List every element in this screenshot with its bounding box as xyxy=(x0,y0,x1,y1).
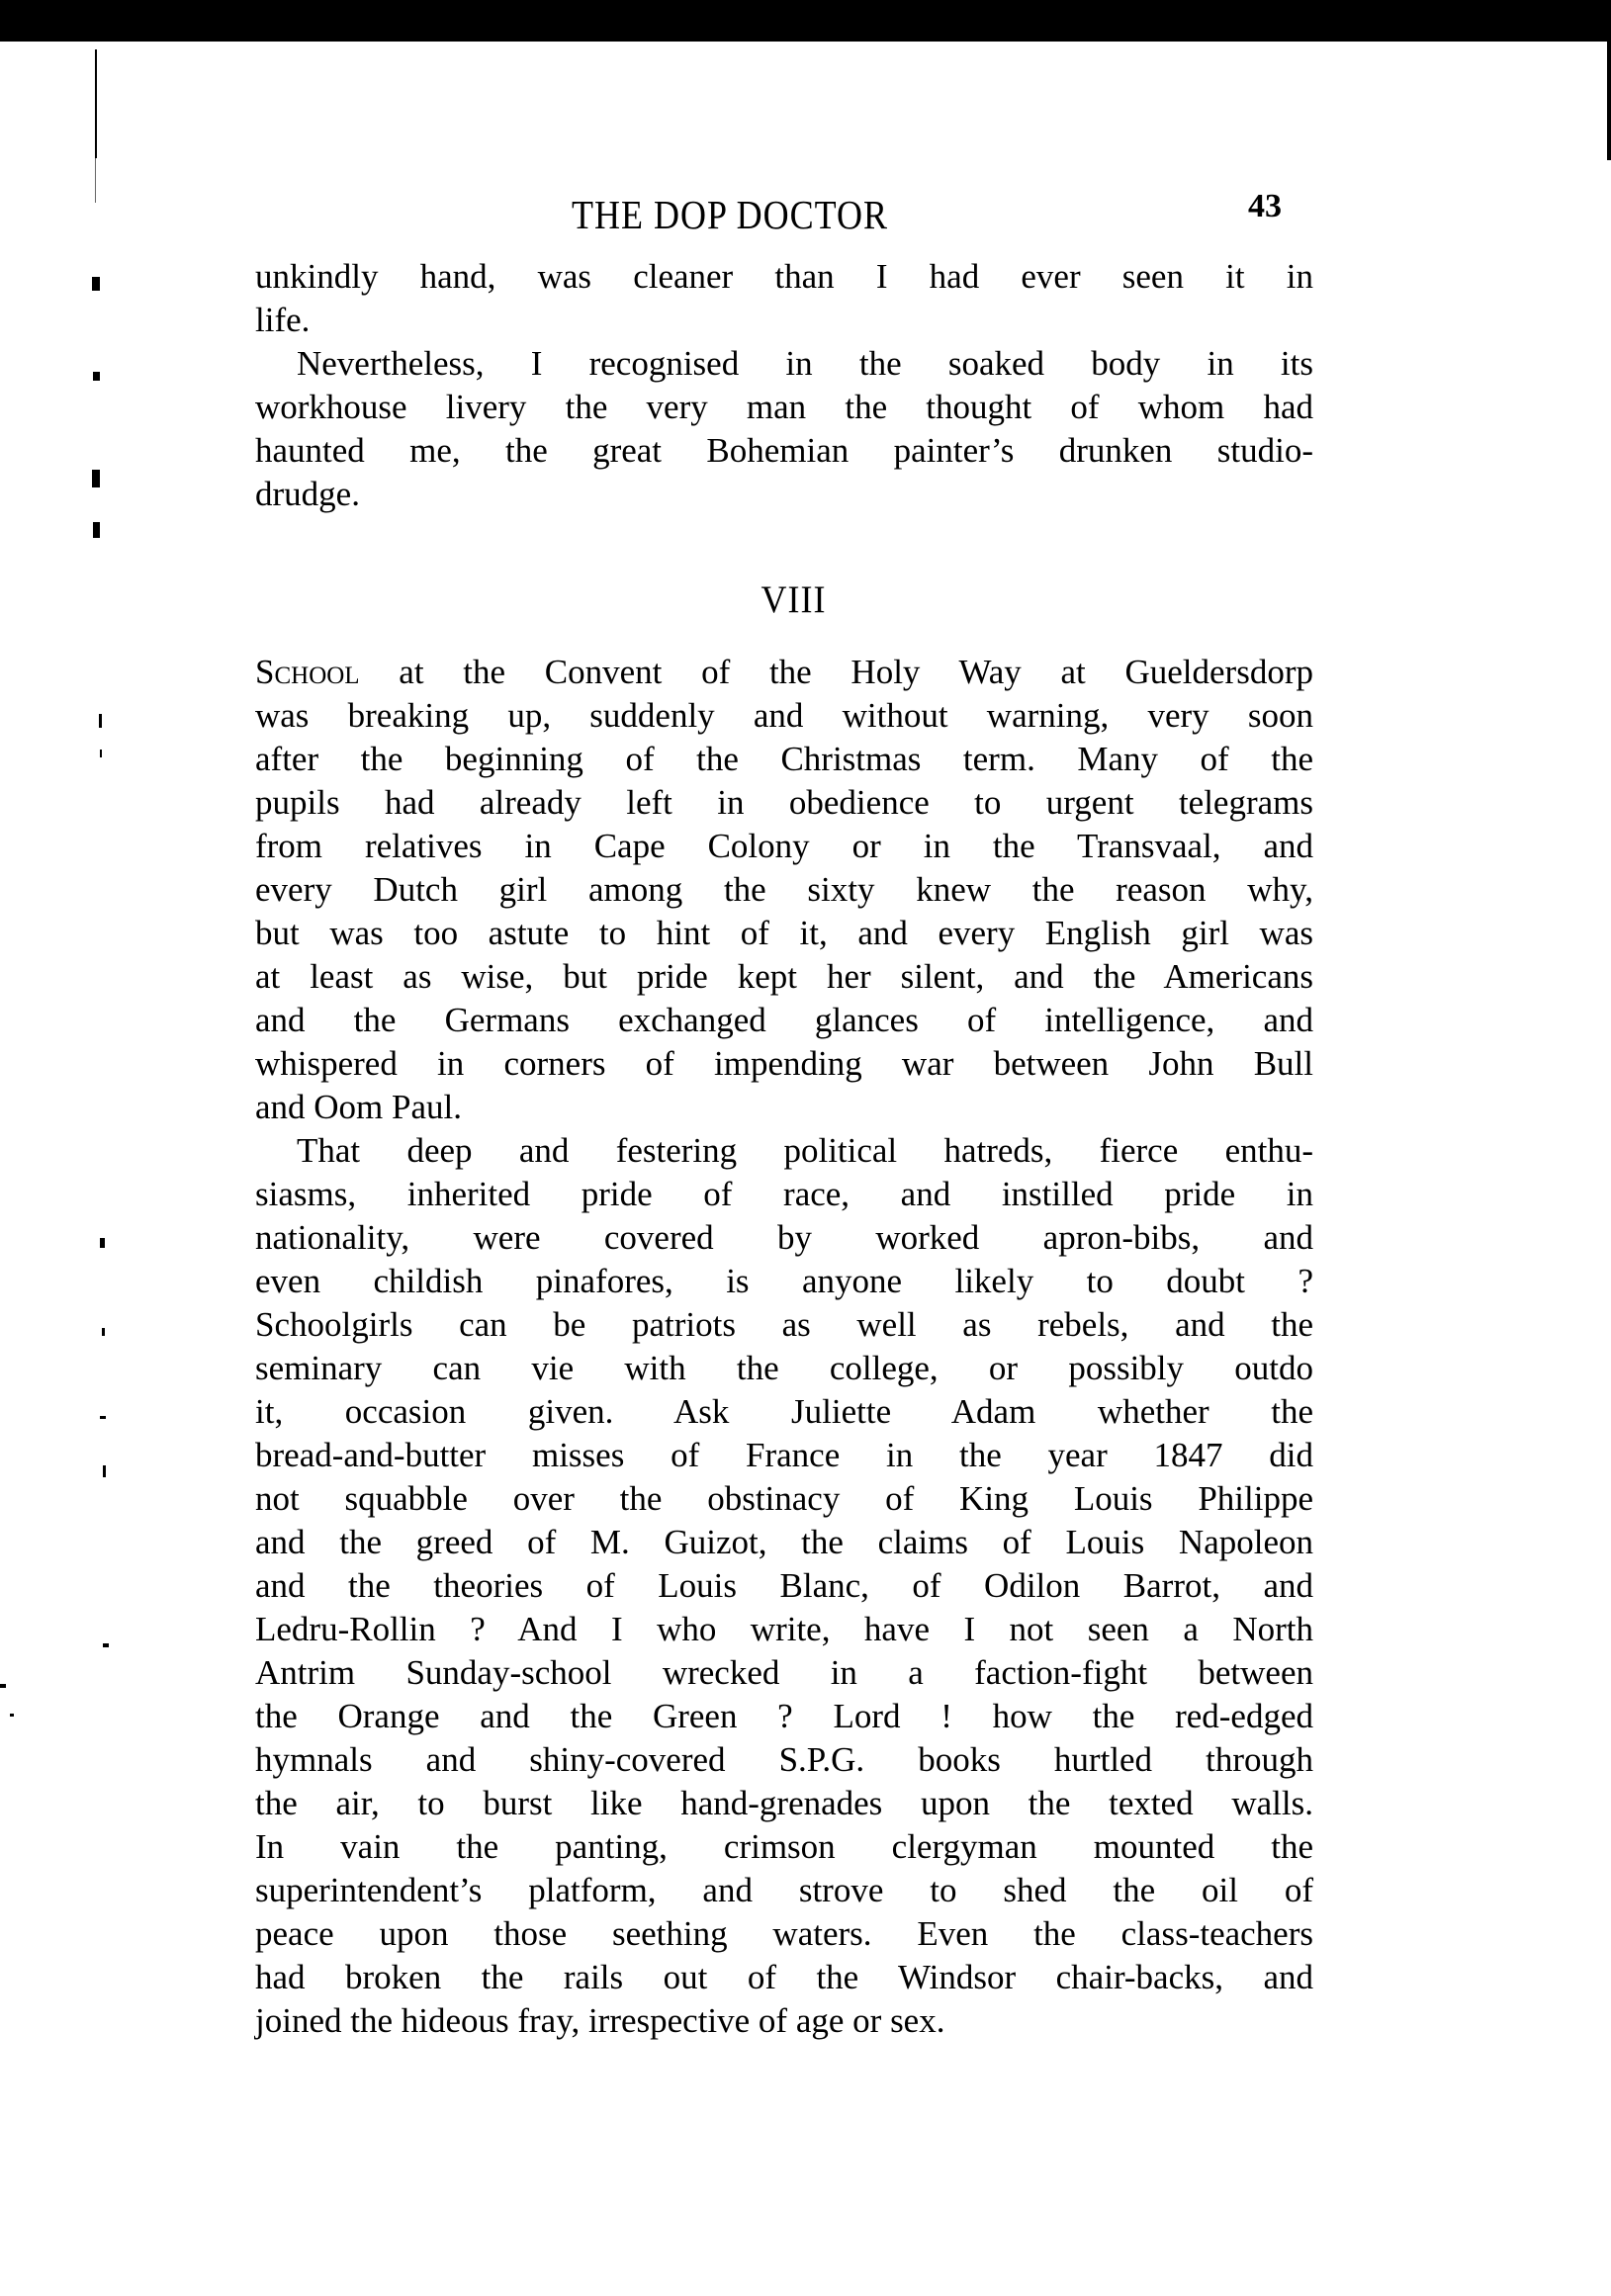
text-line: and the Germans exchanged glances of int… xyxy=(255,999,1313,1042)
text-line: but was too astute to hint of it, and ev… xyxy=(255,912,1313,955)
text-line: bread-and-butter misses of France in the… xyxy=(255,1434,1313,1477)
text-line: nationality, were covered by worked apro… xyxy=(255,1216,1313,1260)
text-line: hymnals and shiny-covered S.P.G. books h… xyxy=(255,1738,1313,1782)
opening-smallcaps-word: School xyxy=(255,653,360,691)
scan-speck xyxy=(10,1714,14,1717)
text-line: haunted me, the great Bohemian painter’s… xyxy=(255,429,1313,473)
text-line: and the theories of Louis Blanc, of Odil… xyxy=(255,1564,1313,1608)
scan-speck xyxy=(93,372,100,381)
scan-speck xyxy=(103,1465,106,1477)
text-line: not squabble over the obstinacy of King … xyxy=(255,1477,1313,1521)
text-line: at least as wise, but pride kept her sil… xyxy=(255,955,1313,999)
text-line: superintendent’s platform, and strove to… xyxy=(255,1869,1313,1912)
text-line: Nevertheless, I recognised in the soaked… xyxy=(297,342,1313,386)
text-line: That deep and festering political hatred… xyxy=(297,1129,1313,1173)
scan-speck xyxy=(99,714,102,728)
text-line: even childish pinafores, is anyone likel… xyxy=(255,1260,1313,1303)
text-line-rest: at the Convent of the Holy Way at Guelde… xyxy=(360,653,1313,691)
text-line: after the beginning of the Christmas ter… xyxy=(255,738,1313,781)
scan-speck xyxy=(92,277,100,291)
text-line: Ledru-Rollin ? And I who write, have I n… xyxy=(255,1608,1313,1651)
text-line: every Dutch girl among the sixty knew th… xyxy=(255,868,1313,912)
scan-speck xyxy=(102,1328,105,1336)
text-line: drudge. xyxy=(255,473,1313,516)
text-line: pupils had already left in obedience to … xyxy=(255,781,1313,825)
text-line: joined the hideous fray, irrespective of… xyxy=(255,1999,1313,2043)
text-line: Schoolgirls can be patriots as well as r… xyxy=(255,1303,1313,1347)
text-line: In vain the panting, crimson clergyman m… xyxy=(255,1825,1313,1869)
text-line: the Orange and the Green ? Lord ! how th… xyxy=(255,1695,1313,1738)
page-number: 43 xyxy=(1248,188,1282,225)
text-line: peace upon those seething waters. Even t… xyxy=(255,1912,1313,1956)
text-line: the air, to burst like hand-grenades upo… xyxy=(255,1782,1313,1825)
scan-speck xyxy=(93,522,100,538)
text-line-opening: School at the Convent of the Holy Way at… xyxy=(255,651,1313,694)
text-line: it, occasion given. Ask Juliette Adam wh… xyxy=(255,1390,1313,1434)
text-line: workhouse livery the very man the though… xyxy=(255,386,1313,429)
section-number: VIII xyxy=(761,576,827,622)
text-line: siasms, inherited pride of race, and ins… xyxy=(255,1173,1313,1216)
scan-speck xyxy=(92,470,100,487)
scan-speck xyxy=(103,1643,109,1647)
text-line: and the greed of M. Guizot, the claims o… xyxy=(255,1521,1313,1564)
text-line: had broken the rails out of the Windsor … xyxy=(255,1956,1313,1999)
text-line: unkindly hand, was cleaner than I had ev… xyxy=(255,255,1313,299)
text-line: from relatives in Cape Colony or in the … xyxy=(255,825,1313,868)
running-head: THE DOP DOCTOR 43 xyxy=(0,188,1611,237)
running-title: THE DOP DOCTOR xyxy=(572,191,888,238)
text-line: and Oom Paul. xyxy=(255,1086,1313,1129)
scan-top-border xyxy=(0,0,1611,42)
scan-speck xyxy=(100,750,102,757)
scan-speck xyxy=(0,1684,6,1688)
text-line: life. xyxy=(255,299,1313,342)
text-line: whispered in corners of impending war be… xyxy=(255,1042,1313,1086)
gutter-rule xyxy=(95,49,97,158)
text-line: was breaking up, suddenly and without wa… xyxy=(255,694,1313,738)
section-heading: VIII xyxy=(0,578,1611,620)
scan-speck xyxy=(100,1238,105,1248)
text-line: Antrim Sunday-school wrecked in a factio… xyxy=(255,1651,1313,1695)
scan-speck xyxy=(100,1416,106,1419)
text-line: seminary can vie with the college, or po… xyxy=(255,1347,1313,1390)
